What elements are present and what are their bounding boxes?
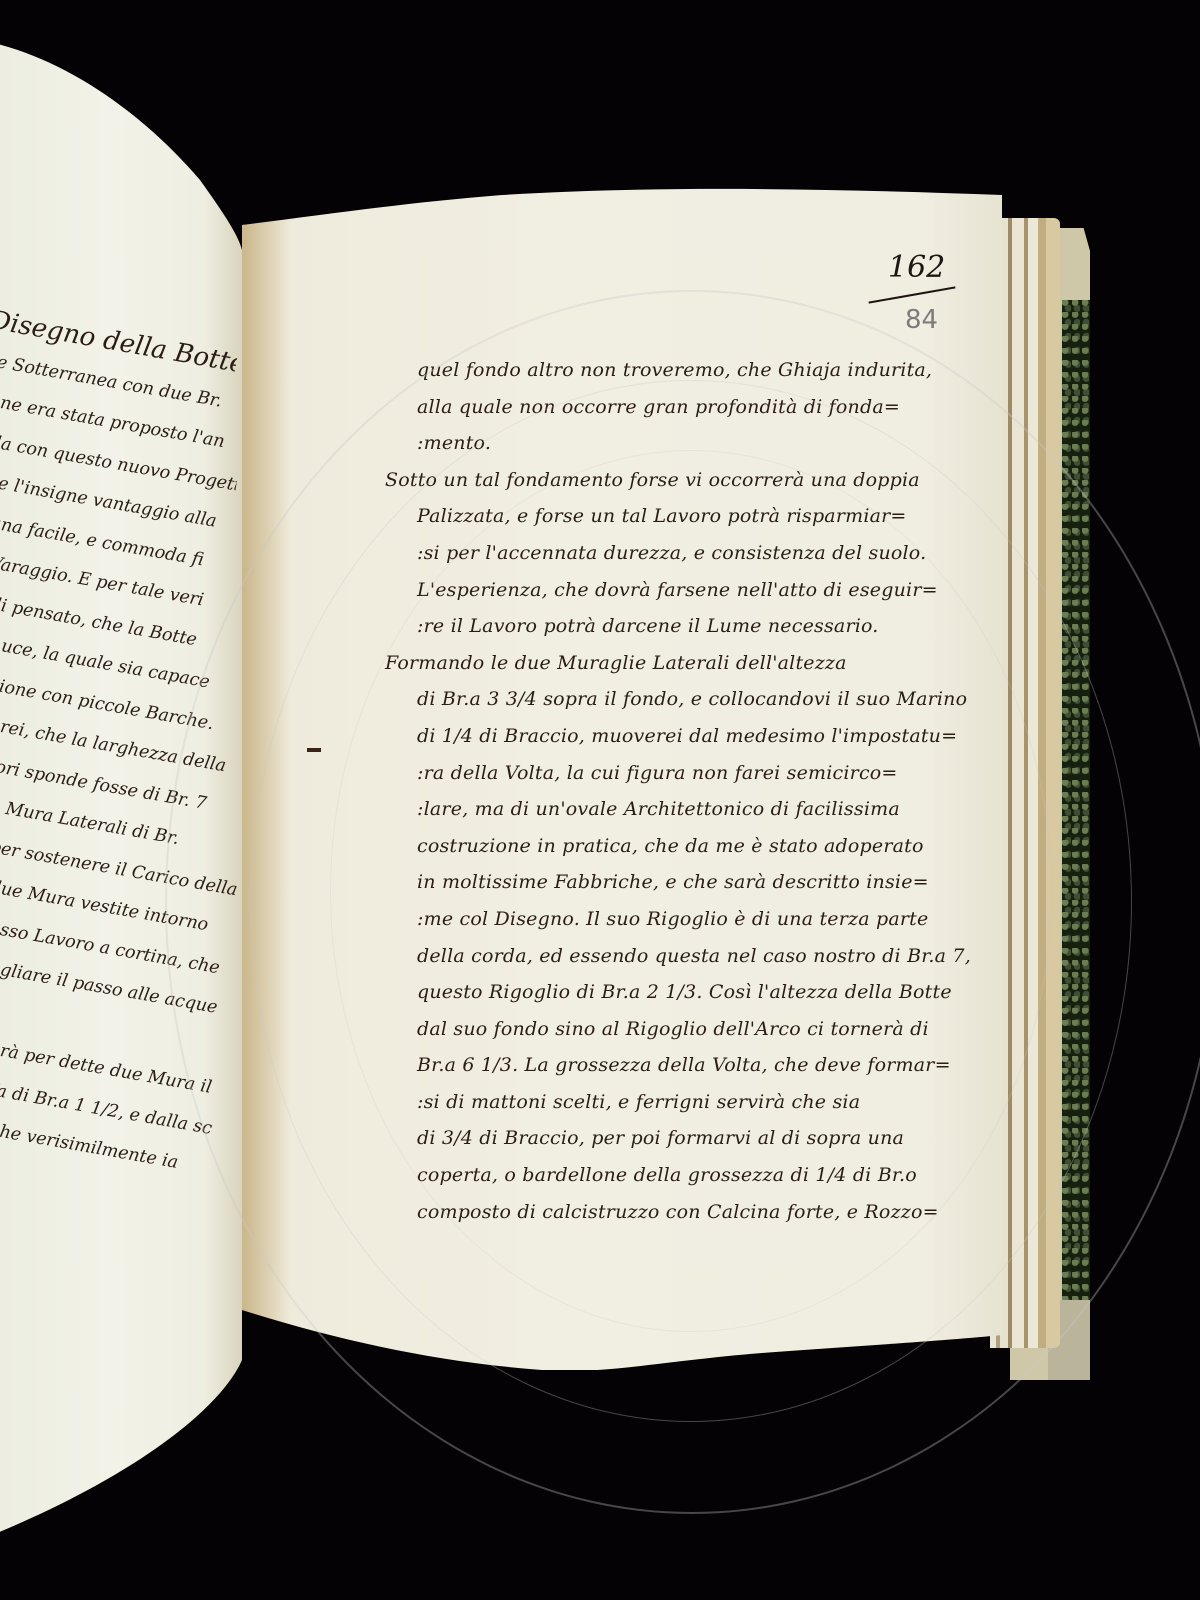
right-page-line: di Br.a 3 3/4 sopra il fondo, e collocan… <box>385 681 925 718</box>
right-page-line: L'esperienza, che dovrà farsene nell'att… <box>385 572 925 609</box>
right-page-line: questo Rigoglio di Br.a 2 1/3. Così l'al… <box>385 974 925 1011</box>
marbled-cover-edge <box>1062 300 1090 1320</box>
right-page-line: Br.a 6 1/3. La grossezza della Volta, ch… <box>385 1047 925 1084</box>
right-page-line: Formando le due Muraglie Laterali dell'a… <box>385 645 925 682</box>
right-page-line: di 1/4 di Braccio, muoverei dal medesimo… <box>385 718 925 755</box>
right-page-line: coperta, o bardellone della grossezza di… <box>385 1157 925 1194</box>
gutter-shadow <box>242 185 292 1370</box>
right-page-line: Palizzata, e forse un tal Lavoro potrà r… <box>385 498 925 535</box>
right-page-line: di 3/4 di Braccio, per poi formarvi al d… <box>385 1120 925 1157</box>
right-page-line: in moltissime Fabbriche, e che sarà desc… <box>385 864 925 901</box>
right-page-line: dal suo fondo sino al Rigoglio dell'Arco… <box>385 1011 925 1048</box>
right-page-line: Sotto un tal fondamento forse vi occorre… <box>385 462 925 499</box>
right-page-line: :re il Lavoro potrà darcene il Lume nece… <box>385 608 925 645</box>
right-page-line: :ra della Volta, la cui figura non farei… <box>385 755 925 792</box>
right-page-line: alla quale non occorre gran profondità d… <box>385 389 925 426</box>
right-page-line: :si per l'accennata durezza, e consisten… <box>385 535 925 572</box>
left-page-text: Disegno della Botte, Sa te Sotterranea c… <box>0 300 240 1151</box>
right-page-line: costruzione in pratica, che da me è stat… <box>385 828 925 865</box>
right-page-line: :me col Disegno. Il suo Rigoglio è di un… <box>385 901 925 938</box>
manuscript-photo: Disegno della Botte, Sa te Sotterranea c… <box>0 0 1200 1600</box>
right-page-line: quel fondo altro non troveremo, che Ghia… <box>385 352 925 389</box>
right-page-text: quel fondo altro non troveremo, che Ghia… <box>385 352 925 1230</box>
right-page-line: composto di calcistruzzo con Calcina for… <box>385 1194 925 1231</box>
right-page-line: della corda, ed essendo questa nel caso … <box>385 938 925 975</box>
right-page-line: :si di mattoni scelti, e ferrigni servir… <box>385 1084 925 1121</box>
right-page-line: :mento. <box>385 425 925 462</box>
margin-ink-mark <box>307 748 321 752</box>
right-page-line: :lare, ma di un'ovale Architettonico di … <box>385 791 925 828</box>
folio-number: 162 <box>888 250 945 285</box>
pencil-page-number: 84 <box>905 305 938 335</box>
